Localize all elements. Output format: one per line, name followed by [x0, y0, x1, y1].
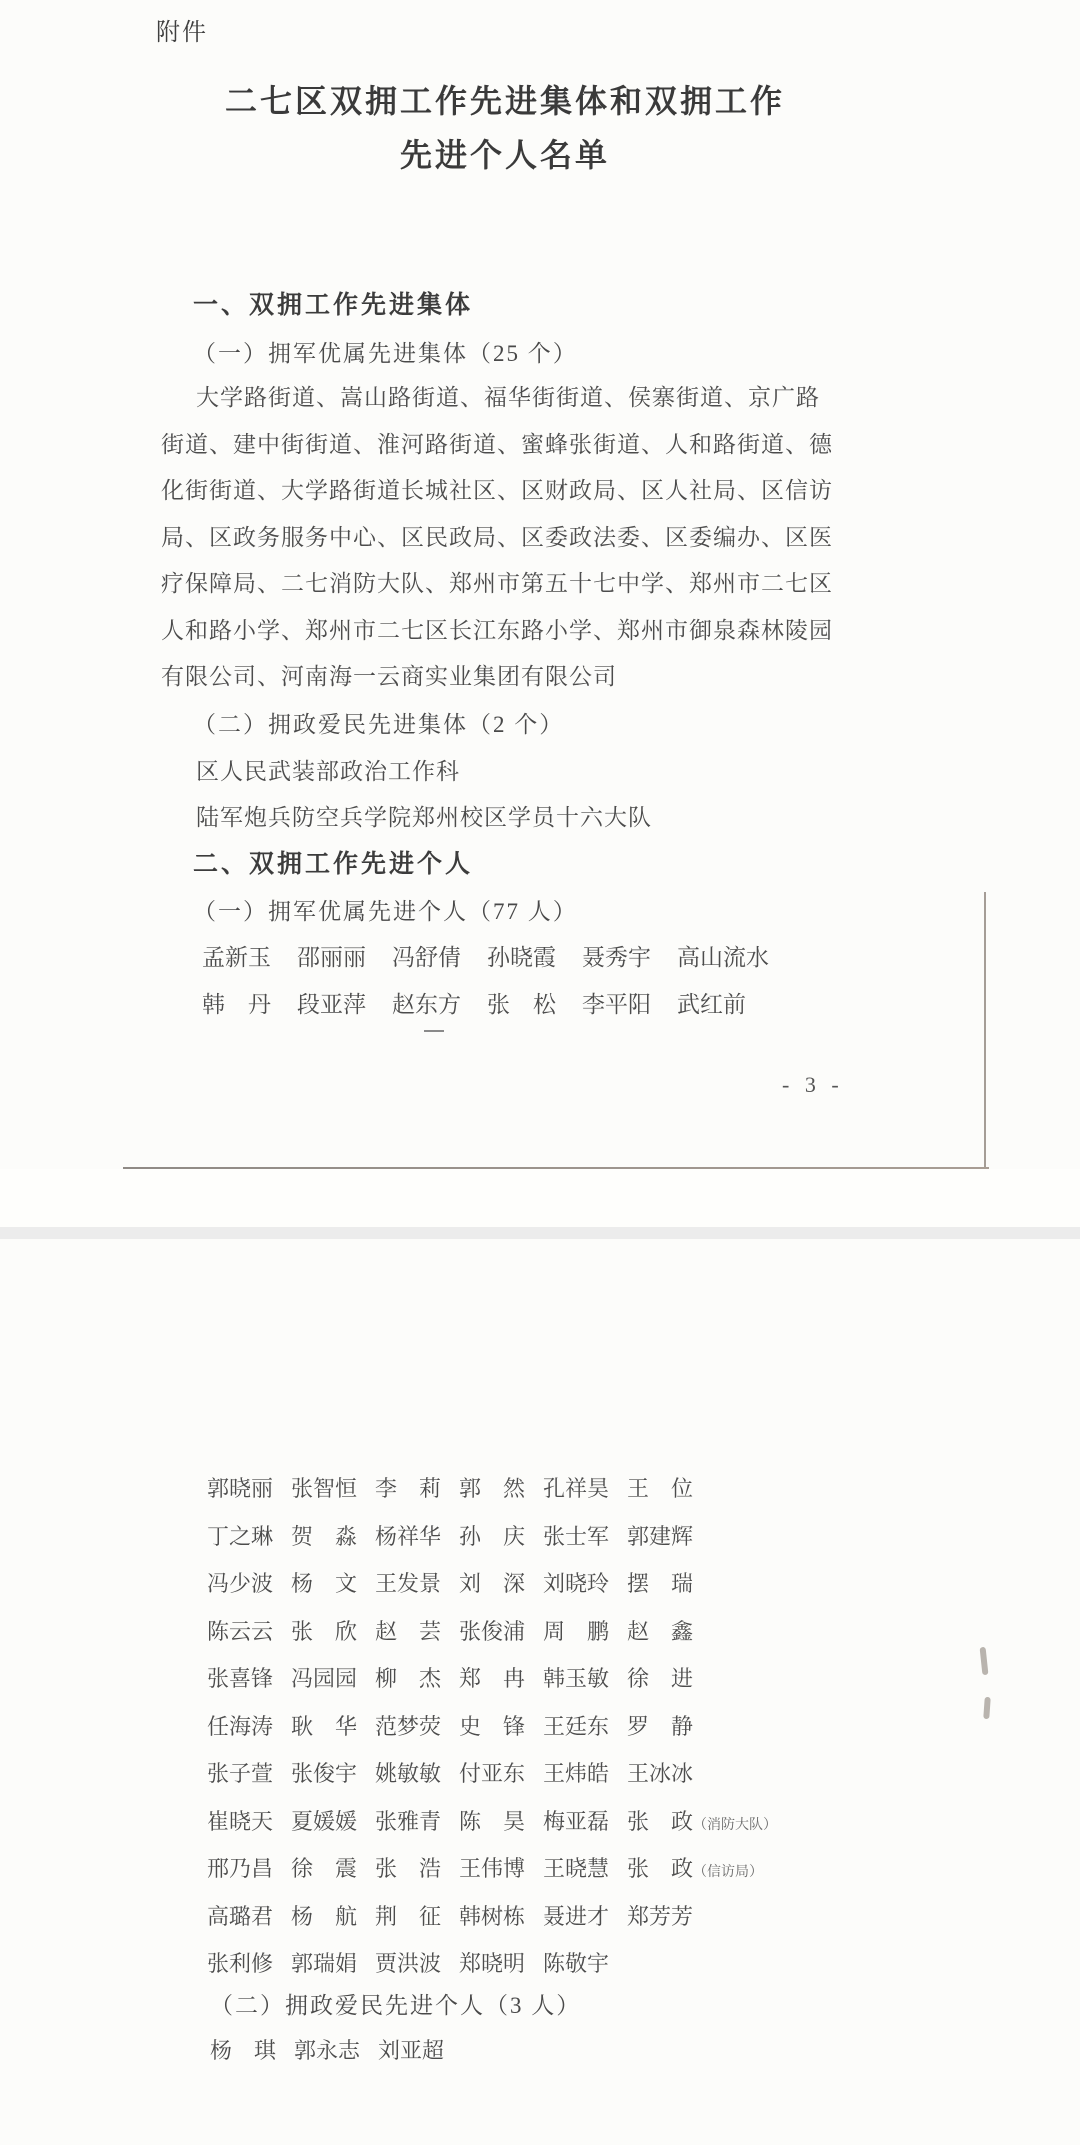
page-number: - 3 - [782, 1072, 844, 1098]
person-name: 罗 静 [627, 1703, 695, 1751]
scan-page-right-edge [984, 892, 986, 1169]
person-name: 赵东方 [392, 981, 462, 1028]
person-name: 徐 进 [627, 1655, 695, 1703]
subsection-2-1-heading: （一）拥军优属先进个人（77 人） [193, 893, 578, 926]
person-name: 张 松 [487, 981, 557, 1028]
subsection-2-2-heading: （二）拥政爱民先进个人（3 人） [210, 1987, 581, 2020]
name-row: 张子萱张俊宇姚敏敏付亚东王炜皓王冰冰 [207, 1750, 711, 1798]
person-name: 王伟博 [459, 1845, 527, 1893]
document-title-line1: 二七区双拥工作先进集体和双拥工作 [0, 76, 1010, 122]
person-name: 张 浩 [375, 1845, 443, 1893]
person-name: 王炜皓 [543, 1750, 611, 1798]
person-name: 刘 深 [459, 1560, 527, 1608]
name-list-final: 杨 琪郭永志刘亚超 [210, 2027, 462, 2075]
person-name: 张智恒 [291, 1465, 359, 1513]
person-name: 杨 航 [291, 1893, 359, 1941]
person-name: 杨 文 [291, 1560, 359, 1608]
person-name: 王冰冰 [627, 1750, 695, 1798]
person-name: 荆 征 [375, 1893, 443, 1941]
person-name: 杨 琪 [210, 2027, 278, 2075]
person-name: 郭晓丽 [207, 1465, 275, 1513]
person-name-note: （信访局） [693, 1865, 763, 1880]
collective-entry: 区人民武装部政治工作科 [196, 753, 460, 786]
subsection-1-2-heading: （二）拥政爱民先进集体（2 个） [193, 706, 564, 739]
person-name: 高山流水 [677, 934, 747, 981]
name-row: 崔晓天夏媛媛张雅青陈 昊梅亚磊张 政（消防大队） [207, 1798, 711, 1846]
person-name: 李平阳 [582, 981, 652, 1028]
person-name: 张雅青 [375, 1798, 443, 1846]
person-name: 姚敏敏 [375, 1750, 443, 1798]
section-1-heading: 一、双拥工作先进集体 [193, 285, 473, 321]
scan-artifact [980, 1647, 989, 1675]
person-name: 张喜锋 [207, 1655, 275, 1703]
person-name: 范梦荧 [375, 1703, 443, 1751]
scan-artifact [983, 1697, 991, 1719]
person-name: 张 政（消防大队） [627, 1798, 695, 1850]
subsection-1-1-heading: （一）拥军优属先进集体（25 个） [193, 335, 578, 368]
person-name: 陈 昊 [459, 1798, 527, 1846]
collective-list-line: 疗保障局、二七消防大队、郑州市第五十七中学、郑州市二七区 [161, 565, 833, 598]
person-name: 郑芳芳 [627, 1893, 695, 1941]
person-name: 孔祥昊 [543, 1465, 611, 1513]
person-name: 夏媛媛 [291, 1798, 359, 1846]
document-title-line2: 先进个人名单 [0, 130, 1010, 176]
person-name: 付亚东 [459, 1750, 527, 1798]
person-name: 丁之琳 [207, 1513, 275, 1561]
person-name: 孟新玉 [202, 934, 272, 981]
continuation-dash [424, 1030, 444, 1032]
person-name: 郑晓明 [459, 1940, 527, 1988]
scan-page-3: 附件 二七区双拥工作先进集体和双拥工作 先进个人名单 一、双拥工作先进集体 （一… [0, 0, 1080, 1169]
collective-list-line: 街道、建中街街道、淮河路街道、蜜蜂张街道、人和路街道、德 [161, 426, 833, 459]
person-name: 张 政（信访局） [627, 1845, 695, 1897]
person-name: 郭瑞娟 [291, 1940, 359, 1988]
person-name: 张子萱 [207, 1750, 275, 1798]
person-name: 赵 鑫 [627, 1608, 695, 1656]
collective-entry: 陆军炮兵防空兵学院郑州校区学员十六大队 [196, 799, 652, 832]
person-name: 邢乃昌 [207, 1845, 275, 1893]
name-list-page4: 郭晓丽张智恒李 莉郭 然孔祥昊王 位丁之琳贺 淼杨祥华孙 庆张士军郭建辉冯少波杨… [207, 1465, 711, 1988]
person-name: 张士军 [543, 1513, 611, 1561]
person-name: 孙 庆 [459, 1513, 527, 1561]
person-name: 聂秀宇 [582, 934, 652, 981]
name-row: 冯少波杨 文王发景刘 深刘晓玲摆 瑞 [207, 1560, 711, 1608]
name-row: 高璐君杨 航荆 征韩树栋聂进才郑芳芳 [207, 1893, 711, 1941]
person-name: 聂进才 [543, 1893, 611, 1941]
name-row: 丁之琳贺 淼杨祥华孙 庆张士军郭建辉 [207, 1513, 711, 1561]
person-name: 王 位 [627, 1465, 695, 1513]
collective-list-line: 大学路街道、嵩山路街道、福华街街道、侯寨街道、京广路 [196, 379, 820, 412]
person-name: 孙晓霞 [487, 934, 557, 981]
scanned-document-view: 附件 二七区双拥工作先进集体和双拥工作 先进个人名单 一、双拥工作先进集体 （一… [0, 0, 1080, 2145]
person-name: 武红前 [677, 981, 747, 1028]
person-name: 冯舒倩 [392, 934, 462, 981]
person-name: 贾洪波 [375, 1940, 443, 1988]
person-name: 摆 瑞 [627, 1560, 695, 1608]
person-name: 张利修 [207, 1940, 275, 1988]
person-name: 刘亚超 [378, 2027, 446, 2075]
person-name: 郭永志 [294, 2027, 362, 2075]
page-gap-divider [0, 1227, 1080, 1239]
name-row: 任海涛耿 华范梦荧史 锋王廷东罗 静 [207, 1703, 711, 1751]
name-row: 郭晓丽张智恒李 莉郭 然孔祥昊王 位 [207, 1465, 711, 1513]
person-name: 郑 冉 [459, 1655, 527, 1703]
collective-list-line: 人和路小学、郑州市二七区长江东路小学、郑州市御泉森林陵园 [161, 612, 833, 645]
person-name: 韩树栋 [459, 1893, 527, 1941]
person-name: 赵 芸 [375, 1608, 443, 1656]
name-row: 陈云云张 欣赵 芸张俊浦周 鹏赵 鑫 [207, 1608, 711, 1656]
person-name: 张俊宇 [291, 1750, 359, 1798]
name-row: 杨 琪郭永志刘亚超 [210, 2027, 462, 2075]
person-name: 陈敬宇 [543, 1940, 611, 1988]
person-name-note: （消防大队） [693, 1818, 777, 1833]
person-name: 张 欣 [291, 1608, 359, 1656]
name-row: 张喜锋冯园园柳 杰郑 冉韩玉敏徐 进 [207, 1655, 711, 1703]
name-row: 韩 丹段亚萍赵东方张 松李平阳武红前 [202, 981, 772, 1028]
collective-list-line: 局、区政务服务中心、区民政局、区委政法委、区委编办、区医 [161, 519, 833, 552]
person-name: 韩 丹 [202, 981, 272, 1028]
person-name: 张俊浦 [459, 1608, 527, 1656]
person-name: 耿 华 [291, 1703, 359, 1751]
person-name: 周 鹏 [543, 1608, 611, 1656]
name-row: 孟新玉邵丽丽冯舒倩孙晓霞聂秀宇高山流水 [202, 934, 772, 981]
person-name: 陈云云 [207, 1608, 275, 1656]
name-list-page3: 孟新玉邵丽丽冯舒倩孙晓霞聂秀宇高山流水韩 丹段亚萍赵东方张 松李平阳武红前 [202, 934, 772, 1028]
person-name: 崔晓天 [207, 1798, 275, 1846]
person-name: 高璐君 [207, 1893, 275, 1941]
collective-list-line: 有限公司、河南海一云商实业集团有限公司 [161, 658, 617, 691]
name-row: 张利修郭瑞娟贾洪波郑晓明陈敬宇 [207, 1940, 711, 1988]
person-name: 邵丽丽 [297, 934, 367, 981]
collective-list-line: 化街街道、大学路街道长城社区、区财政局、区人社局、区信访 [161, 472, 833, 505]
person-name: 冯少波 [207, 1560, 275, 1608]
section-2-heading: 二、双拥工作先进个人 [193, 844, 473, 880]
person-name: 贺 淼 [291, 1513, 359, 1561]
person-name: 徐 震 [291, 1845, 359, 1893]
scan-page-bottom-edge [123, 1167, 989, 1169]
scan-page-4: 郭晓丽张智恒李 莉郭 然孔祥昊王 位丁之琳贺 淼杨祥华孙 庆张士军郭建辉冯少波杨… [0, 1239, 1080, 2145]
person-name: 郭建辉 [627, 1513, 695, 1561]
person-name: 柳 杰 [375, 1655, 443, 1703]
person-name: 刘晓玲 [543, 1560, 611, 1608]
name-row: 邢乃昌徐 震张 浩王伟博王晓慧张 政（信访局） [207, 1845, 711, 1893]
person-name: 郭 然 [459, 1465, 527, 1513]
person-name: 韩玉敏 [543, 1655, 611, 1703]
person-name: 李 莉 [375, 1465, 443, 1513]
person-name: 杨祥华 [375, 1513, 443, 1561]
attachment-label: 附件 [156, 12, 208, 47]
person-name: 冯园园 [291, 1655, 359, 1703]
person-name: 任海涛 [207, 1703, 275, 1751]
person-name: 史 锋 [459, 1703, 527, 1751]
person-name: 段亚萍 [297, 981, 367, 1028]
person-name: 梅亚磊 [543, 1798, 611, 1846]
person-name: 王发景 [375, 1560, 443, 1608]
person-name: 王廷东 [543, 1703, 611, 1751]
person-name: 王晓慧 [543, 1845, 611, 1893]
